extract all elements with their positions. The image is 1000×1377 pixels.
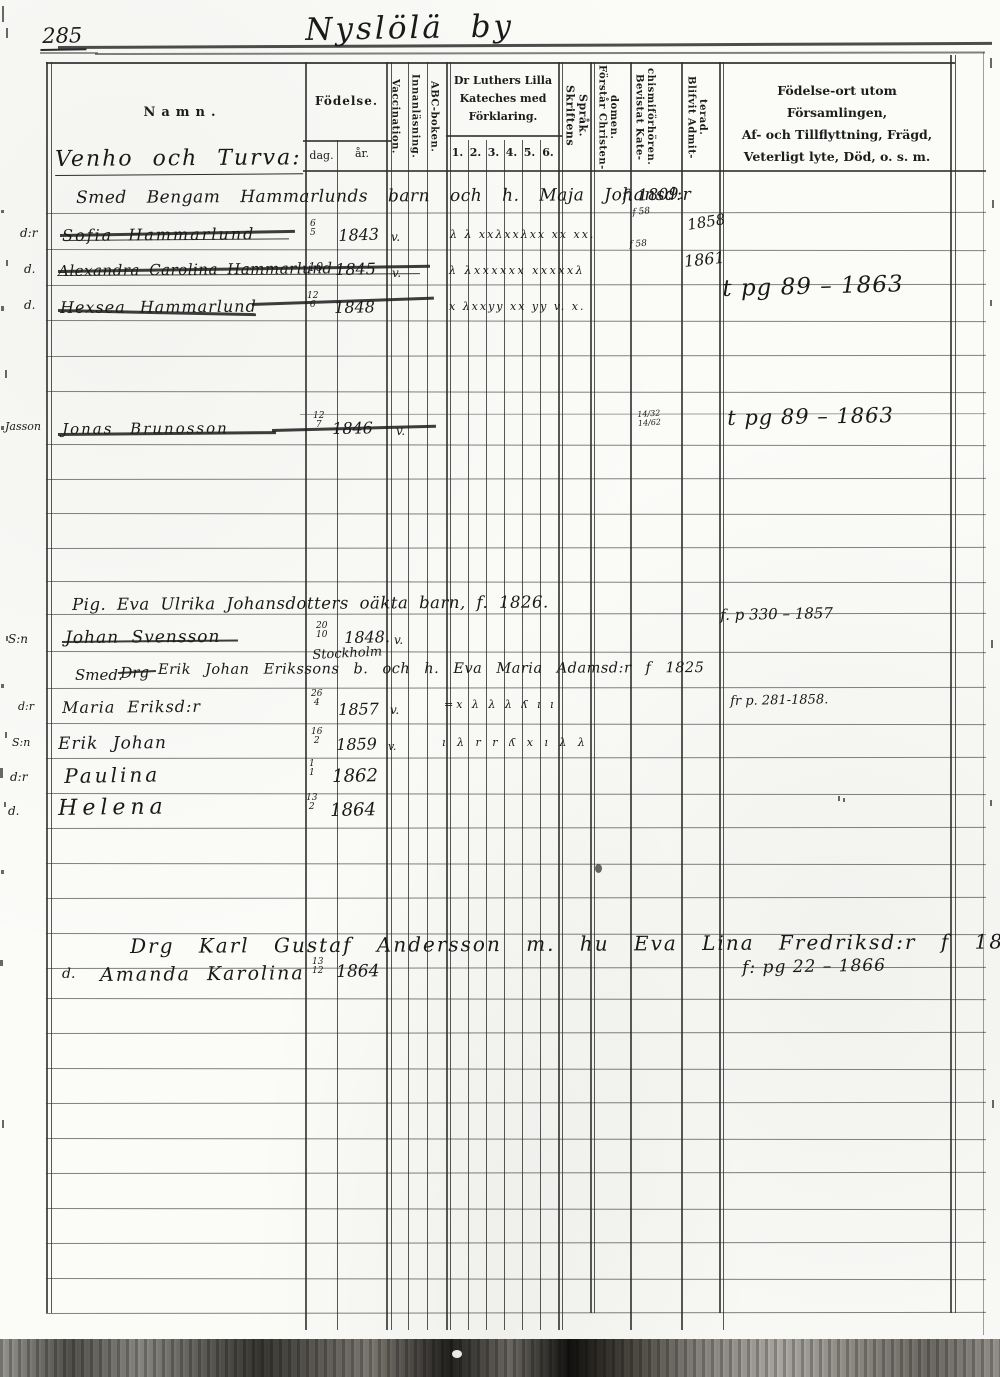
col-header-dag: dag. bbox=[306, 149, 337, 162]
rule-line bbox=[46, 757, 986, 760]
scan-speck bbox=[1, 684, 4, 688]
row8-name: Paulina bbox=[64, 762, 160, 788]
col-header-bevistat-katechismiforhoren: Bevistat Kate- chismiförhören. bbox=[633, 64, 679, 170]
rule-line-vertical bbox=[630, 62, 632, 1330]
section-heading-venho-och-turva: Venho och Turva: bbox=[55, 145, 303, 176]
note-from-pg22-1866: f: pg 22 – 1866 bbox=[742, 955, 886, 978]
row1-vaccination-mark: v. bbox=[391, 230, 400, 244]
row5-birth-day: 2010 bbox=[316, 622, 327, 639]
row4-margin-mark: Jasson bbox=[5, 420, 41, 433]
top-rule-2 bbox=[95, 51, 985, 54]
rule-line-vertical bbox=[46, 62, 48, 1313]
row5-name: Johan Svensson bbox=[65, 627, 221, 648]
row4-bevistat-note: 14/32 14/62 bbox=[637, 408, 670, 428]
row7-kateches-marks: ı λ r r ʎ x ı λ λ bbox=[442, 736, 589, 749]
scan-speck bbox=[1, 426, 4, 430]
col-header-abc-boken: ABC-boken. bbox=[428, 65, 446, 168]
rule-line bbox=[46, 793, 986, 796]
rule-line-vertical bbox=[408, 62, 409, 1330]
family2-heading-b: Erik Johan Erikssons b. och h. Eva Maria… bbox=[158, 660, 704, 678]
rule-line bbox=[46, 827, 986, 830]
rule-line-vertical bbox=[983, 52, 984, 1335]
scan-speck bbox=[991, 640, 993, 648]
kateches-col-1: 1. bbox=[449, 146, 466, 159]
rule-line bbox=[46, 444, 986, 447]
row6-kateches-marks: =x λ λ λ ʎ ı ı bbox=[444, 698, 557, 711]
rule-line-vertical bbox=[504, 140, 505, 1330]
kateches-col-4: 4. bbox=[503, 146, 520, 159]
row10-name: Amanda Karolina bbox=[100, 962, 305, 986]
row7-name: Erik Johan bbox=[58, 733, 167, 754]
col-header-namn: Namn. bbox=[60, 105, 305, 120]
rule-line bbox=[46, 547, 986, 550]
row5-margin-mark: S:n bbox=[8, 632, 28, 646]
col-header-blifvit-admitterad: Blifvit Admit- terad. bbox=[685, 64, 718, 170]
rule-line bbox=[46, 1208, 986, 1211]
family2-heading-a: Smed. bbox=[75, 666, 123, 684]
rule-line-vertical bbox=[955, 55, 956, 1313]
scanned-church-record-page: 285 Nyslölä by Namn. Födelse. dag. år. V… bbox=[0, 0, 1000, 1377]
rule-line bbox=[46, 391, 986, 394]
row6-vaccination-mark: v. bbox=[390, 703, 399, 717]
rule-line-vertical bbox=[391, 62, 392, 1330]
row1-margin-mark: d:r bbox=[20, 226, 37, 240]
scan-speck bbox=[2, 1120, 4, 1128]
note-from-p330-1857: f. p 330 – 1857 bbox=[720, 604, 833, 624]
rule-line bbox=[46, 355, 986, 358]
row6-margin-mark: d:r bbox=[18, 700, 34, 713]
col-header-innanlasning: Innanläsning. bbox=[409, 65, 427, 168]
rule-line-vertical bbox=[386, 62, 388, 1330]
rule-line-vertical bbox=[427, 62, 428, 1330]
rule-line-vertical bbox=[522, 140, 523, 1330]
rule-line bbox=[46, 1138, 986, 1141]
row10-birth-day: 1312 bbox=[312, 958, 323, 975]
rule-line bbox=[46, 1242, 986, 1245]
scan-speck bbox=[5, 370, 7, 378]
scan-speck bbox=[838, 796, 840, 801]
row1-birth-year: 1843 bbox=[338, 225, 379, 245]
kateches-col-6: 6. bbox=[539, 146, 557, 159]
col-header-skriftens-sprak: Skriftens Språk. bbox=[563, 64, 590, 168]
scan-speck bbox=[5, 732, 7, 738]
row8-margin-mark: d:r bbox=[10, 770, 27, 784]
rule-line-vertical bbox=[305, 62, 307, 1330]
rule-line-vertical bbox=[594, 62, 595, 1313]
scan-speck bbox=[0, 960, 3, 966]
page-number: 285 bbox=[40, 23, 87, 51]
row7-vaccination-mark: v. bbox=[388, 740, 396, 753]
row5-vaccination-mark: v. bbox=[394, 633, 403, 647]
top-rule-stub bbox=[40, 52, 98, 54]
scan-speck bbox=[843, 798, 845, 802]
kateches-col-5: 5. bbox=[521, 146, 538, 159]
row9-birth-year: 1864 bbox=[330, 799, 376, 821]
top-rule bbox=[58, 42, 992, 49]
scan-speck bbox=[6, 260, 8, 266]
rule-line-vertical bbox=[950, 55, 952, 1313]
rule-line bbox=[46, 581, 986, 584]
rule-line bbox=[46, 998, 986, 1001]
scan-speck bbox=[1, 870, 4, 874]
row8-birth-day: 11 bbox=[309, 760, 315, 777]
rule-line-vertical bbox=[450, 62, 451, 1330]
row7-birth-day: 162 bbox=[311, 728, 322, 745]
rule-line bbox=[46, 212, 986, 215]
row3-margin-mark: d. bbox=[24, 298, 36, 312]
family1-birth-year: f. 1809. bbox=[622, 184, 684, 205]
row1-birth-day: 65 bbox=[310, 220, 316, 237]
row7-birth-year: 1859 bbox=[336, 734, 377, 754]
row9-birth-day: 132 bbox=[306, 794, 317, 811]
note-moved-pg89-1863: t pg 89 – 1863 bbox=[722, 271, 904, 302]
col-header-fodelseort: Födelse-ort utom Församlingen, Af- och T… bbox=[726, 80, 948, 168]
rule-line-vertical bbox=[51, 62, 52, 1313]
family1-small-note-2: f 58 bbox=[629, 239, 647, 250]
scan-speck bbox=[992, 200, 994, 208]
row4-birth-day: 127 bbox=[313, 412, 324, 429]
rule-line bbox=[46, 1312, 986, 1315]
row2-margin-mark: d. bbox=[24, 262, 36, 276]
scan-speck bbox=[990, 58, 992, 68]
family1-heading: Smed Bengam Hammarlunds barn och h. Maja… bbox=[76, 185, 691, 208]
rule-line bbox=[46, 1068, 986, 1071]
rule-line-vertical bbox=[486, 140, 487, 1330]
fodelseort-line-3: Veterligt lyte, Död, o. s. m. bbox=[726, 146, 948, 168]
row8-birth-year: 1862 bbox=[332, 765, 378, 787]
scanner-bottom-dot bbox=[452, 1350, 462, 1358]
col-header-kateches: Dr Luthers Lilla Kateches med Förklaring… bbox=[450, 72, 556, 126]
rule-line bbox=[46, 897, 986, 900]
rule-line bbox=[303, 170, 986, 172]
row6-birth-day: 264 bbox=[311, 690, 322, 707]
kateches-col-2: 2. bbox=[467, 146, 484, 159]
rule-line-vertical bbox=[590, 62, 592, 1313]
rule-line-vertical bbox=[446, 62, 448, 1330]
note-moved-pg89-1863-b: t pg 89 – 1863 bbox=[727, 403, 894, 430]
rule-line-vertical bbox=[562, 62, 563, 1330]
row9-name: Helena bbox=[58, 794, 168, 821]
row5-birth-year: 1848. bbox=[344, 627, 390, 647]
note-from-p281-1858: fr p. 281-1858. bbox=[730, 692, 828, 709]
rule-line bbox=[46, 513, 986, 516]
kateches-col-3: 3. bbox=[485, 146, 502, 159]
row9-margin-mark: d. bbox=[8, 804, 20, 818]
section-heading-eva-ulrika: Pig. Eva Ulrika Johansdotters oäkta barn… bbox=[72, 593, 549, 614]
family3-heading: Drg Karl Gustaf Andersson m. hu Eva Lina… bbox=[130, 929, 1000, 958]
rule-line bbox=[46, 478, 986, 481]
rule-line-vertical bbox=[540, 140, 541, 1330]
col-header-fodelse: Födelse. bbox=[305, 94, 388, 108]
fodelseort-line-2: Af- och Tillflyttning, Frägd, bbox=[726, 124, 948, 146]
row6-name: Maria Eriksd:r bbox=[62, 697, 201, 717]
rule-line bbox=[46, 249, 986, 252]
rule-line bbox=[446, 135, 562, 137]
row6-birth-year: 1857 bbox=[338, 699, 379, 719]
rule-line bbox=[46, 320, 986, 323]
rule-line-vertical bbox=[558, 62, 560, 1330]
row5-note-below: Stockholm bbox=[312, 644, 383, 663]
fodelseort-line-1: Födelse-ort utom Församlingen, bbox=[726, 80, 948, 124]
row1-kateches-marks: λ λ xxλxxλxx xx xx. bbox=[450, 228, 595, 241]
rule-line bbox=[46, 723, 986, 726]
scan-speck bbox=[4, 802, 6, 807]
row2-birth-year: 1845 bbox=[335, 259, 376, 279]
col-header-ar: år. bbox=[339, 147, 385, 160]
rule-line bbox=[46, 1278, 986, 1281]
scan-speck bbox=[990, 300, 992, 306]
ink-blot bbox=[595, 864, 602, 873]
scanner-bottom-band bbox=[0, 1339, 1000, 1377]
rule-line bbox=[46, 62, 955, 64]
scan-speck bbox=[0, 768, 3, 778]
rule-line bbox=[46, 1102, 986, 1105]
row10-margin-mark: d. bbox=[62, 966, 75, 982]
rule-line bbox=[46, 863, 986, 866]
page-title: Nyslölä by bbox=[305, 8, 514, 48]
rule-line bbox=[46, 687, 986, 690]
row2-kateches-marks: λ λxxxxxx xxxxxλ bbox=[449, 264, 585, 277]
scan-speck bbox=[990, 800, 992, 806]
rule-line bbox=[46, 651, 986, 654]
rule-line bbox=[46, 1032, 986, 1035]
scan-speck bbox=[992, 1100, 994, 1108]
rule-line bbox=[46, 1172, 986, 1175]
scan-speck bbox=[1, 306, 4, 311]
row10-birth-year: 1864 bbox=[336, 961, 380, 982]
rule-line-vertical bbox=[468, 140, 469, 1330]
row3-kateches-marks: x λxxyy xx yy v. x. bbox=[449, 300, 585, 313]
family1-small-note-1: f 58 bbox=[632, 206, 651, 218]
scan-speck bbox=[2, 6, 4, 22]
scan-speck bbox=[1, 210, 4, 213]
rule-line bbox=[303, 140, 392, 142]
row7-margin-mark: S:n bbox=[12, 736, 30, 749]
col-header-forstar-christendomen: Förstår Christen- domen. bbox=[596, 64, 630, 170]
scan-speck bbox=[6, 28, 8, 38]
